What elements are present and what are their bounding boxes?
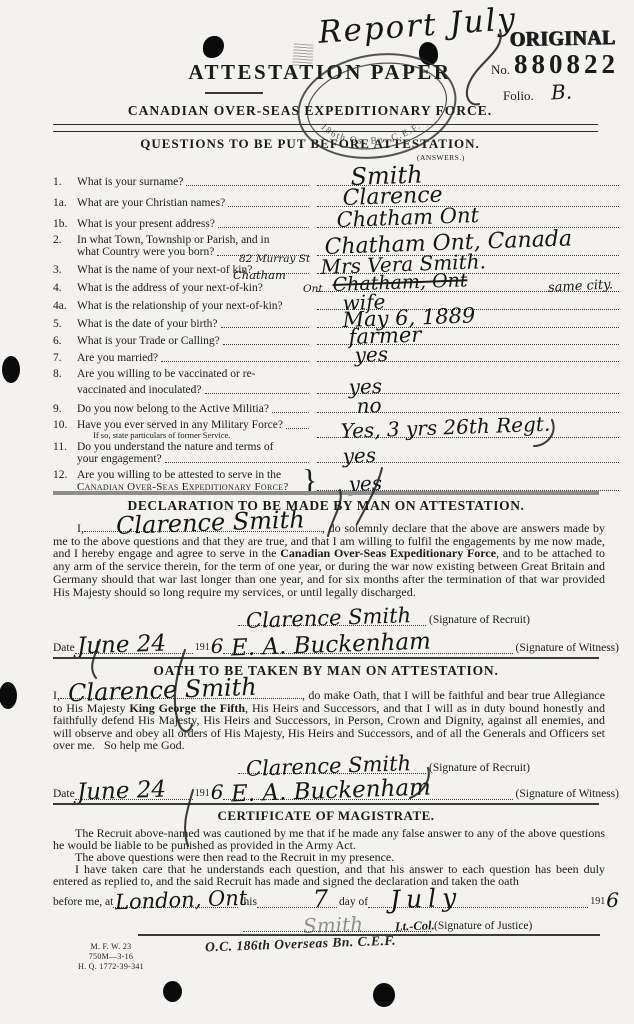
signature-line: Clarence Smith (238, 761, 426, 774)
punch-hole (373, 983, 395, 1007)
question-text: your engagement? (77, 453, 162, 465)
signature-line: Clarence Smith (238, 613, 426, 626)
witness-signature-handwritten: E. A. Buckenham (231, 631, 432, 661)
question-text: Are you willing to be vaccinated or re- (77, 368, 256, 380)
section-divider-thick (53, 491, 599, 495)
question-number: 2. (53, 234, 77, 246)
justice-signature-handwritten: Smith (303, 914, 364, 936)
form-fine-print: M. F. W. 23 750M—3-16 H. Q. 1772-39-341 (56, 942, 166, 972)
question-row-7: 7.Are you married? yes (53, 347, 619, 364)
signature-label: (Signature of Witness) (516, 788, 619, 800)
certificate-para1: The Recruit above-named was cautioned by… (53, 827, 605, 851)
question-text: What is your present address? (77, 218, 215, 230)
handwritten-answer-note: same city. (548, 278, 614, 294)
section-divider (53, 657, 599, 659)
oath-body: I,Clarence Smith, do make Oath, that I w… (53, 686, 605, 752)
dotted-leader (228, 205, 309, 207)
question-number: 11. (53, 441, 77, 453)
dotted-leader (165, 461, 309, 463)
handwritten-insert-city: Chatham (233, 270, 286, 282)
answer-line: yes (317, 380, 619, 394)
dotted-leader (161, 360, 309, 362)
attestation-paper-scan: Report July ORIGINAL No. 880822 Folio. B… (0, 0, 634, 1024)
printed-year: 191 (195, 642, 210, 653)
witness-line: E. A. Buckenham (223, 641, 512, 654)
question-number: 4a. (53, 300, 77, 312)
question-number: 3. (53, 264, 77, 276)
question-row-8: 8.Are you willing to be vaccinated or re… (53, 364, 619, 396)
answer-line: yes (317, 348, 619, 362)
punch-hole (0, 682, 17, 709)
date-label: Date (53, 642, 75, 654)
dotted-leader (223, 343, 309, 345)
question-row-11: 11.Do you understand the nature and term… (53, 440, 619, 465)
oval-unit-stamp: 186th Os. Bn. C.E.F. (292, 46, 462, 166)
dotted-leader (186, 184, 309, 186)
questions-list: 1.What is your surname? Smith 1a.What ar… (53, 166, 619, 493)
dotted-leader (272, 411, 309, 413)
original-stamp: ORIGINAL (509, 25, 615, 52)
question-number: 1. (53, 176, 77, 188)
fine-print-line: M. F. W. 23 (56, 942, 166, 952)
recruit-name-line: Clarence Smith (84, 519, 322, 532)
handwritten-answer: yes (354, 344, 388, 365)
date-handwritten: June 24 (76, 632, 166, 658)
question-text: In what Town, Township or Parish, and in (77, 234, 270, 246)
answer-line: yes (317, 477, 619, 491)
year-digit-handwritten: 6 (211, 782, 224, 802)
answer-line: yes (317, 449, 619, 463)
dotted-leader (218, 226, 309, 228)
dotted-leader (221, 326, 309, 328)
question-text: What is your Trade or Calling? (77, 335, 220, 347)
rank-stamp: Lt.-Col. (395, 918, 435, 934)
question-number: 12. (53, 469, 77, 481)
section-divider (53, 803, 599, 805)
date-line: June 24 (75, 641, 193, 654)
declaration-date-row: Date June 24 191 6 E. A. Buckenham (Sign… (53, 626, 619, 654)
question-row-4: 4.What is the address of your next-of-ki… (53, 276, 619, 294)
question-row-12: 12.Are you willing to be attested to ser… (53, 465, 619, 493)
unit-stamp: O.C. 186th Overseas Bn. C.E.F. (205, 933, 396, 956)
handwritten-answer: yes (342, 445, 376, 466)
dotted-leader (205, 392, 309, 394)
justice-signature-line: Smith Lt.-Col. (243, 919, 431, 932)
witness-line: E. A. Buckenham (223, 787, 512, 800)
signature-label: (Signature of Witness) (516, 642, 619, 654)
handwritten-answer: Chatham Ont (336, 205, 479, 231)
question-text: What is your surname? (77, 176, 183, 188)
oval-stamp-text: 186th Os. Bn. C.E.F. (317, 107, 425, 155)
ink-blot (203, 36, 224, 58)
date-handwritten: June 24 (76, 778, 166, 804)
question-text: What is the relationship of your next-of… (77, 300, 283, 312)
question-row-4a: 4a.What is the relationship of your next… (53, 294, 619, 312)
question-text: Are you married? (77, 352, 158, 364)
dotted-leader (286, 427, 309, 429)
fine-print-line: H. Q. 1772-39-341 (56, 962, 166, 972)
punch-hole (2, 356, 20, 383)
handwritten-answer: Yes, 3 yrs 26th Regt. (340, 414, 550, 441)
question-text: What is the name of your next-of kin? (77, 264, 252, 276)
fine-print-line: 750M—3-16 (56, 952, 166, 962)
punch-hole (163, 981, 182, 1002)
witness-signature-handwritten: E. A. Buckenham (231, 777, 432, 807)
question-row-1a: 1a.What are your Christian names? Claren… (53, 188, 619, 209)
question-number: 4. (53, 282, 77, 294)
question-text: Do you understand the nature and terms o… (77, 441, 273, 453)
declaration-body: I,Clarence Smith, do solemnly declare th… (53, 519, 605, 598)
question-text: Do you now belong to the Active Militia? (77, 403, 269, 415)
handwritten-insert-province: Ont (303, 284, 323, 295)
signature-label: (Signature of Justice) (434, 920, 532, 932)
question-number: 5. (53, 318, 77, 330)
question-text: what Country were you born? (77, 246, 214, 258)
date-line: June 24 (75, 787, 193, 800)
question-number: 8. (53, 368, 77, 380)
question-number: 9. (53, 403, 77, 415)
date-label: Date (53, 788, 75, 800)
answer-line: Smith (317, 172, 619, 186)
question-number: 10. (53, 419, 77, 431)
question-text: What are your Christian names? (77, 197, 225, 209)
year-digit-handwritten: 6 (211, 636, 224, 656)
question-text: What is the date of your birth? (77, 318, 218, 330)
signature-label: (Signature of Recruit) (429, 614, 530, 626)
oath-date-row: Date June 24 191 6 E. A. Buckenham (Sign… (53, 774, 619, 800)
question-text: vaccinated and inoculated? (77, 384, 202, 396)
question-number: 6. (53, 335, 77, 347)
handwritten-top-annotation: Report July (317, 1, 518, 51)
certificate-heading: CERTIFICATE OF MAGISTRATE. (53, 808, 599, 824)
question-row-5: 5.What is the date of your birth? May 6,… (53, 312, 619, 330)
question-row-1: 1.What is your surname? Smith (53, 166, 619, 188)
oath-recruit-signature-row: Clarence Smith (Signature of Recruit) (53, 748, 619, 774)
question-text: Are you willing to be attested to serve … (77, 469, 281, 481)
declaration-recruit-signature-row: Clarence Smith (Signature of Recruit) (53, 598, 619, 626)
folio-value-handwritten: B. (550, 79, 572, 104)
certificate-before-me-row: before me, at London, Ont this 7 day of … (53, 882, 619, 908)
question-number: 1b. (53, 218, 77, 230)
question-row-6: 6.What is your Trade or Calling? farmer (53, 330, 619, 347)
recruit-name-handwritten: Clarence Smith (92, 507, 305, 538)
answer-line: no (317, 399, 619, 413)
certificate-justice-signature-row: Smith Lt.-Col. (Signature of Justice) (53, 906, 619, 932)
recruit-name-handwritten: Clarence Smith (68, 675, 257, 706)
signature-label: (Signature of Recruit) (429, 762, 530, 774)
question-number: 7. (53, 352, 77, 364)
answer-line: Yes, 3 yrs 26th Regt. (317, 424, 619, 438)
question-text: What is the address of your next-of-kin? (77, 282, 263, 294)
handwritten-answer: no (356, 395, 382, 416)
recruit-name-line: Clarence Smith (60, 686, 302, 699)
handwritten-insert-street: 82 Murray St (239, 254, 310, 265)
answer-line: Mrs Vera Smith. (317, 260, 619, 274)
svg-text:186th Os. Bn. C.E.F.: 186th Os. Bn. C.E.F. (317, 107, 425, 155)
question-subnote: If so, state particulars of former Servi… (53, 431, 311, 440)
folio-label: Folio. (503, 88, 534, 104)
printed-year: 191 (195, 788, 210, 799)
question-row-10: 10.Have you ever served in any Military … (53, 415, 619, 440)
certificate-body: The Recruit above-named was cautioned by… (53, 827, 605, 887)
question-number: 1a. (53, 197, 77, 209)
title-underline (205, 92, 263, 94)
answer-line: Chatham Ont (317, 214, 619, 228)
